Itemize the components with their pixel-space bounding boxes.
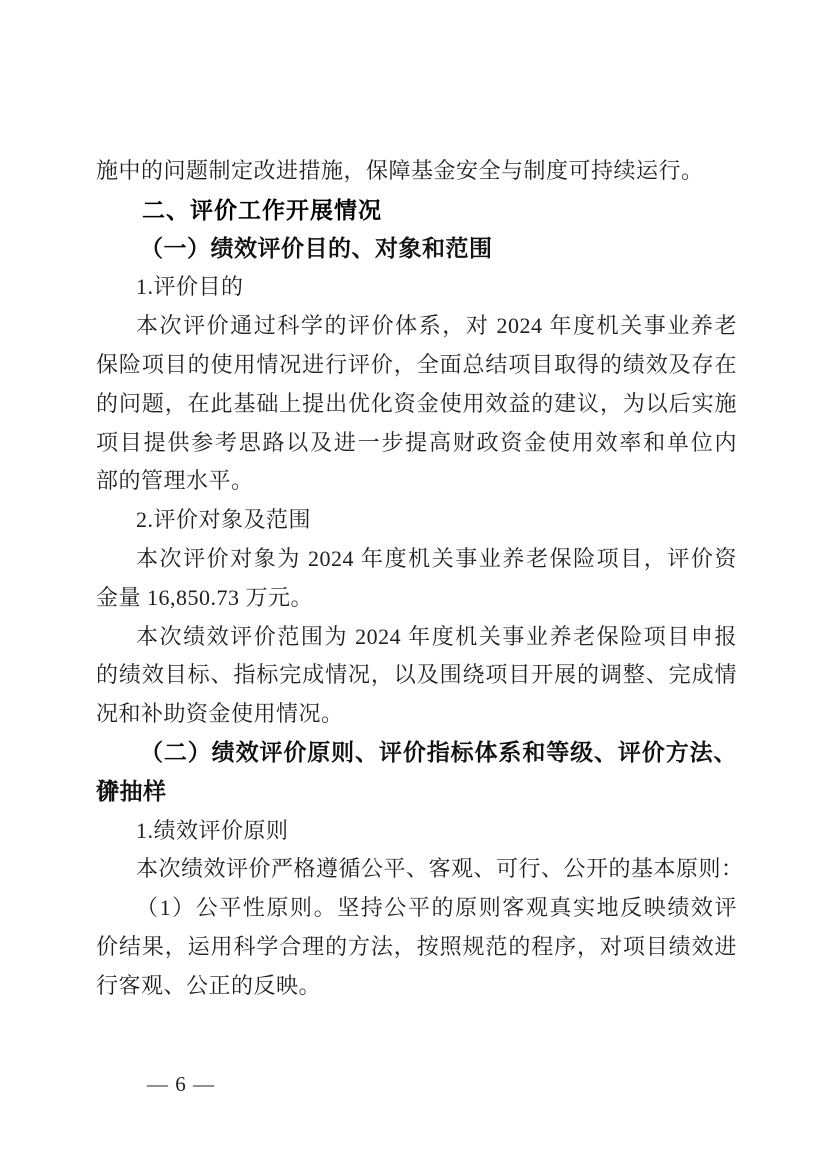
text-line: 金量 16,850.73 万元。 — [96, 579, 737, 618]
text-line: 的问题，在此基础上提出优化资金使用效益的建议，为以后实施 — [96, 385, 737, 424]
text-line: 本次评价通过科学的评价体系，对 2024 年度机关事业养老 — [96, 307, 737, 346]
text-line: （一）绩效评价目的、对象和范围 — [96, 230, 737, 269]
text-line: 项目提供参考思路以及进一步提高财政资金使用效率和单位内 — [96, 424, 737, 463]
text-line: 2.评价对象及范围 — [96, 501, 737, 540]
text-line: 的绩效目标、指标完成情况，以及围绕项目开展的调整、完成情 — [96, 656, 737, 695]
document-page: 施中的问题制定改进措施，保障基金安全与制度可持续运行。二、评价工作开展情况（一）… — [0, 0, 826, 1169]
text-line: （二）绩效评价原则、评价指标体系和等级、评价方法、评 — [96, 734, 737, 773]
text-line: 本次绩效评价严格遵循公平、客观、可行、公开的基本原则： — [96, 850, 737, 889]
text-line: 况和补助资金使用情况。 — [96, 695, 737, 734]
text-line: 二、评价工作开展情况 — [96, 191, 737, 230]
text-line: 价抽样 — [96, 773, 737, 812]
text-line: 价结果，运用科学合理的方法，按照规范的程序，对项目绩效进 — [96, 928, 737, 967]
text-line: 1.评价目的 — [96, 268, 737, 307]
text-line: （1）公平性原则。坚持公平的原则客观真实地反映绩效评 — [96, 889, 737, 928]
text-line: 本次绩效评价范围为 2024 年度机关事业养老保险项目申报 — [96, 618, 737, 657]
document-content: 施中的问题制定改进措施，保障基金安全与制度可持续运行。二、评价工作开展情况（一）… — [96, 152, 737, 1006]
text-line: 行客观、公正的反映。 — [96, 967, 737, 1006]
page-number: — 6 — — [147, 1072, 215, 1097]
text-line: 施中的问题制定改进措施，保障基金安全与制度可持续运行。 — [96, 152, 737, 191]
text-line: 部的管理水平。 — [96, 462, 737, 501]
text-line: 本次评价对象为 2024 年度机关事业养老保险项目，评价资 — [96, 540, 737, 579]
text-line: 1.绩效评价原则 — [96, 812, 737, 851]
text-line: 保险项目的使用情况进行评价，全面总结项目取得的绩效及存在 — [96, 346, 737, 385]
